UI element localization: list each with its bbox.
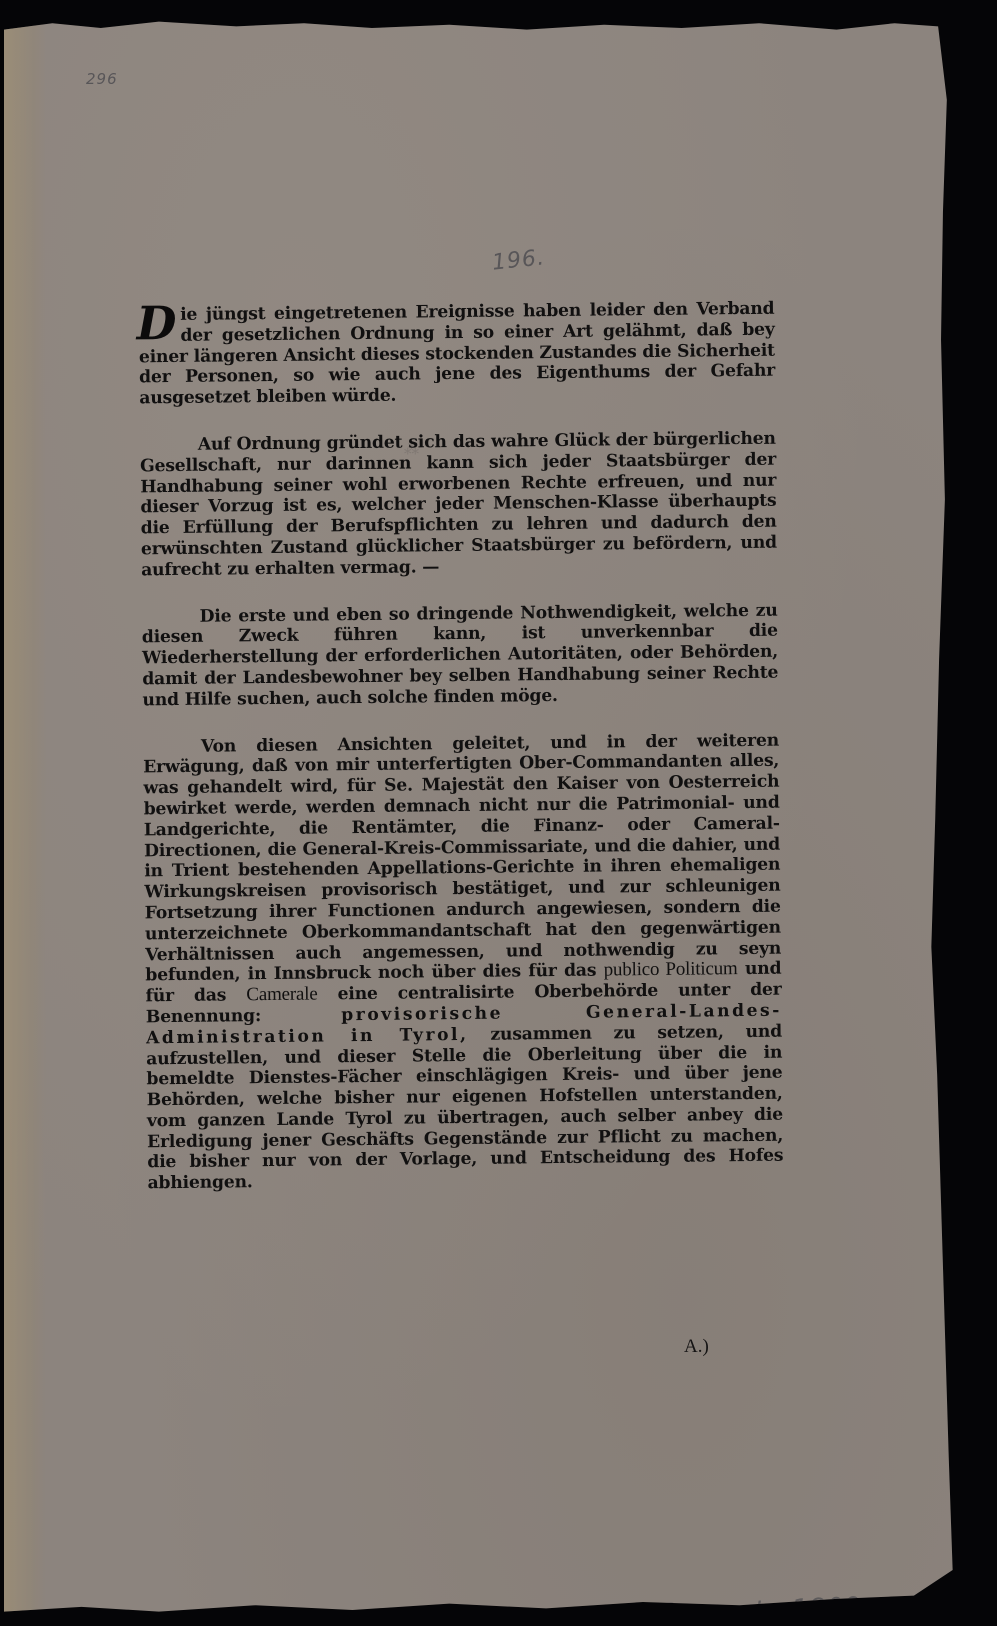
drop-cap-initial: D <box>136 303 176 343</box>
antiqua-term-camerale: Camerale <box>246 984 317 1006</box>
proclamation-body: Die jüngst eingetretenen Ereignisse habe… <box>138 299 783 1195</box>
paper-sheet: 296 196. ⁂ Die jüngst eingetretenen Erei… <box>4 20 972 1618</box>
antiqua-term-politicum: publico Politicum <box>604 958 738 980</box>
archive-number-annotation: 296 <box>86 70 118 88</box>
paragraph-2: Auf Ordnung gründet sich das wahre Glück… <box>140 429 777 581</box>
paragraph-4-part-4: zusammen zu setzen, und aufzustellen, un… <box>146 1021 783 1193</box>
paragraph-4-part-1: Von diesen Ansichten geleitet, und in de… <box>143 730 781 985</box>
catchword: A.) <box>684 1336 709 1358</box>
paragraph-1-text: ie jüngst eingetretenen Ereignisse haben… <box>139 299 775 409</box>
folio-number-annotation: 196. <box>491 245 546 275</box>
paragraph-4: Von diesen Ansichten geleitet, und in de… <box>143 730 784 1194</box>
binding-strip <box>4 20 46 1618</box>
paragraph-1: Die jüngst eingetretenen Ereignisse habe… <box>138 299 775 410</box>
date-annotation: 23 agosto 1809 <box>644 1592 863 1626</box>
paragraph-3: Die erste und eben so dringende Nothwend… <box>142 600 779 711</box>
